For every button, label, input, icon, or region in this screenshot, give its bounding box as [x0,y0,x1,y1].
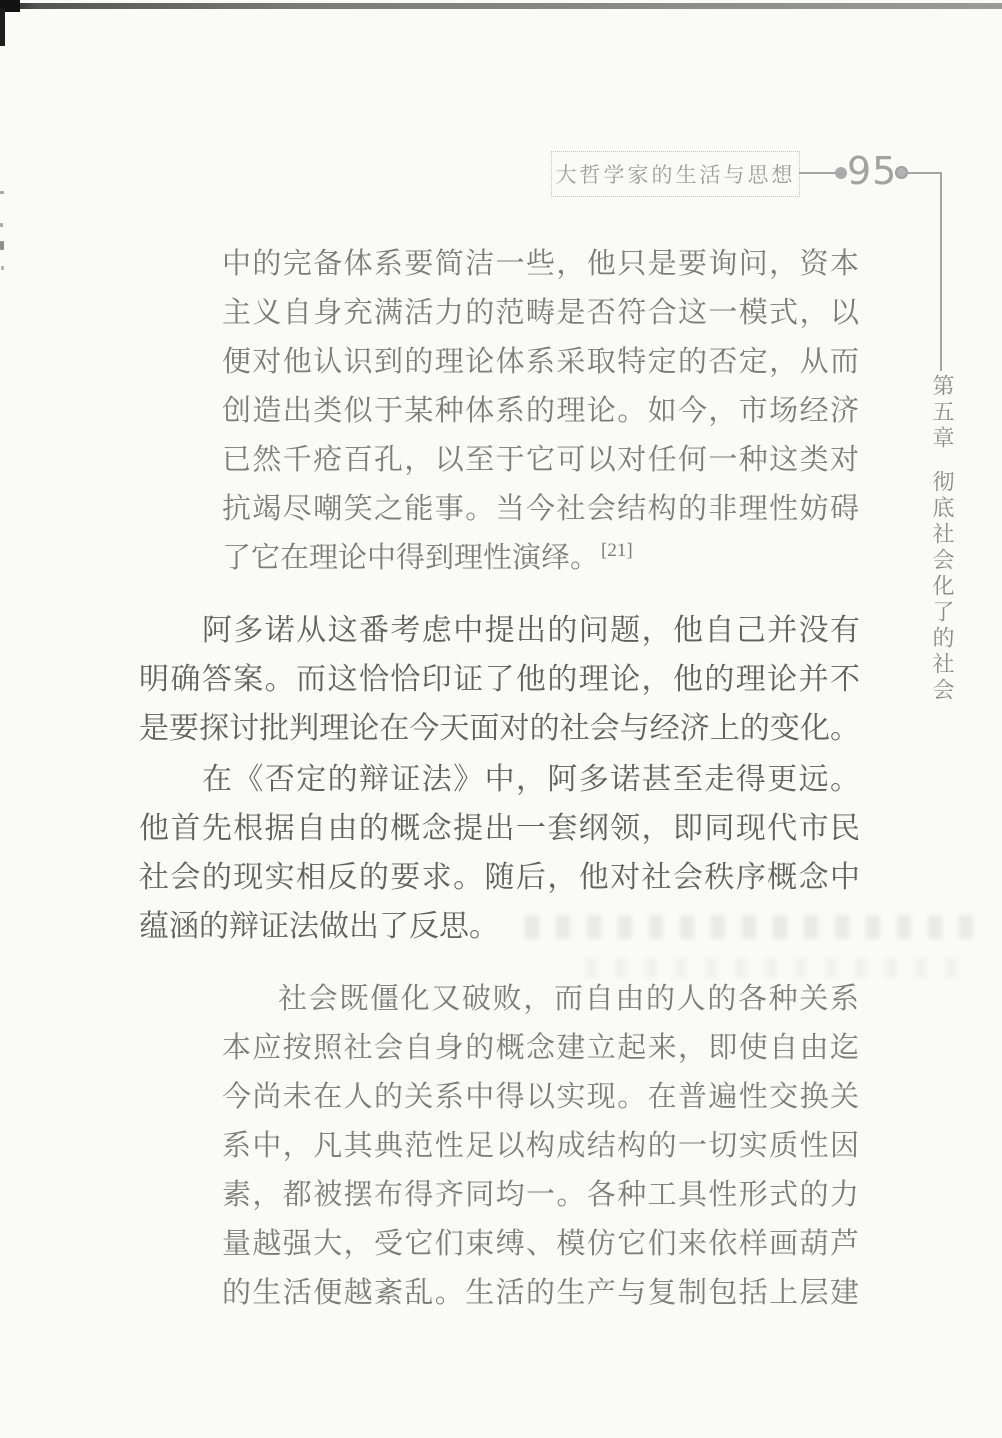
scan-artifact-speck [0,241,4,250]
header-connector-line-right [907,172,942,174]
quote-line: 今尚未在人的关系中得以实现。在普遍性交换关 [222,1073,859,1122]
body-paragraph-2: 在《否定的辩证法》中，阿多诺甚至走得更远。 他首先根据自由的概念提出一套纲领，即… [139,755,860,951]
quote-line: 主义自身充满活力的范畴是否符合这一模式，以 [222,289,859,338]
quote-line: 中的完备体系要简洁一些，他只是要询问，资本 [222,240,859,289]
page-number: 95 [847,149,897,193]
scan-artifact-speck [1,266,4,270]
quote-line: 已然千疮百孔，以至于它可以对任何一种这类对 [222,436,859,485]
paragraph-line: 是要探讨批判理论在今天面对的社会与经济上的变化。 [139,704,860,753]
quote-line: 社会既僵化又破败，而自由的人的各种关系 [222,975,859,1024]
header-dot-left [835,167,847,179]
paragraph-line: 蕴涵的辩证法做出了反思。 [139,902,860,951]
paragraph-line: 明确答案。而这恰恰印证了他的理论，他的理论并不 [139,655,860,704]
paragraph-line: 阿多诺从这番考虑中提出的问题，他自己并没有 [139,606,860,655]
quote-line: 了它在理论中得到理性演绎。[21] [222,534,859,586]
blockquote-1: 中的完备体系要简洁一些，他只是要询问，资本 主义自身充满活力的范畴是否符合这一模… [222,240,859,586]
quote-line: 的生活便越紊乱。生活的生产与复制包括上层建 [222,1269,859,1318]
scan-artifact-left-bar [0,8,5,46]
scan-artifact-top-line [0,3,1002,9]
scan-artifact-speck [0,223,3,227]
quote-line: 本应按照社会自身的概念建立起来，即使自由迄 [222,1024,859,1073]
margin-rule-vertical-line [940,173,942,371]
quote-line: 系中，凡其典范性足以构成结构的一切实质性因 [222,1122,859,1171]
paragraph-line: 他首先根据自由的概念提出一套纲领，即同现代市民 [139,804,860,853]
scan-artifact-speck [0,191,4,194]
quote-line: 便对他认识到的理论体系采取特定的否定，从而 [222,338,859,387]
paragraph-line: 社会的现实相反的要求。随后，他对社会秩序概念中 [139,853,860,902]
quote-line: 抗竭尽嘲笑之能事。当今社会结构的非理性妨碍 [222,485,859,534]
paragraph-line: 在《否定的辩证法》中，阿多诺甚至走得更远。 [139,755,860,804]
quote-line: 量越强大，受它们束缚、模仿它们来依样画葫芦 [222,1220,859,1269]
chapter-sidebar: 第五章 彻底社会化了的社会 [924,374,958,734]
scanned-book-page: { "header": { "running_title": "大哲学家的生活与… [0,0,1002,1438]
header-connector-line-left [799,172,836,174]
running-header-title: 大哲学家的生活与思想 [556,159,796,189]
body-paragraph-1: 阿多诺从这番考虑中提出的问题，他自己并没有 明确答案。而这恰恰印证了他的理论，他… [139,606,860,753]
footnote-reference: [21] [601,540,633,561]
quote-line: 创造出类似于某种体系的理论。如今，市场经济 [222,387,859,436]
quote-line-text: 了它在理论中得到理性演绎。 [222,542,599,574]
quote-line: 素，都被摆布得齐同均一。各种工具性形式的力 [222,1171,859,1220]
chapter-title: 彻底社会化了的社会 [924,470,958,704]
running-header-box: 大哲学家的生活与思想 [551,151,800,197]
blockquote-2: 社会既僵化又破败，而自由的人的各种关系 本应按照社会自身的概念建立起来，即使自由… [222,975,859,1318]
chapter-label: 第五章 [924,374,958,452]
